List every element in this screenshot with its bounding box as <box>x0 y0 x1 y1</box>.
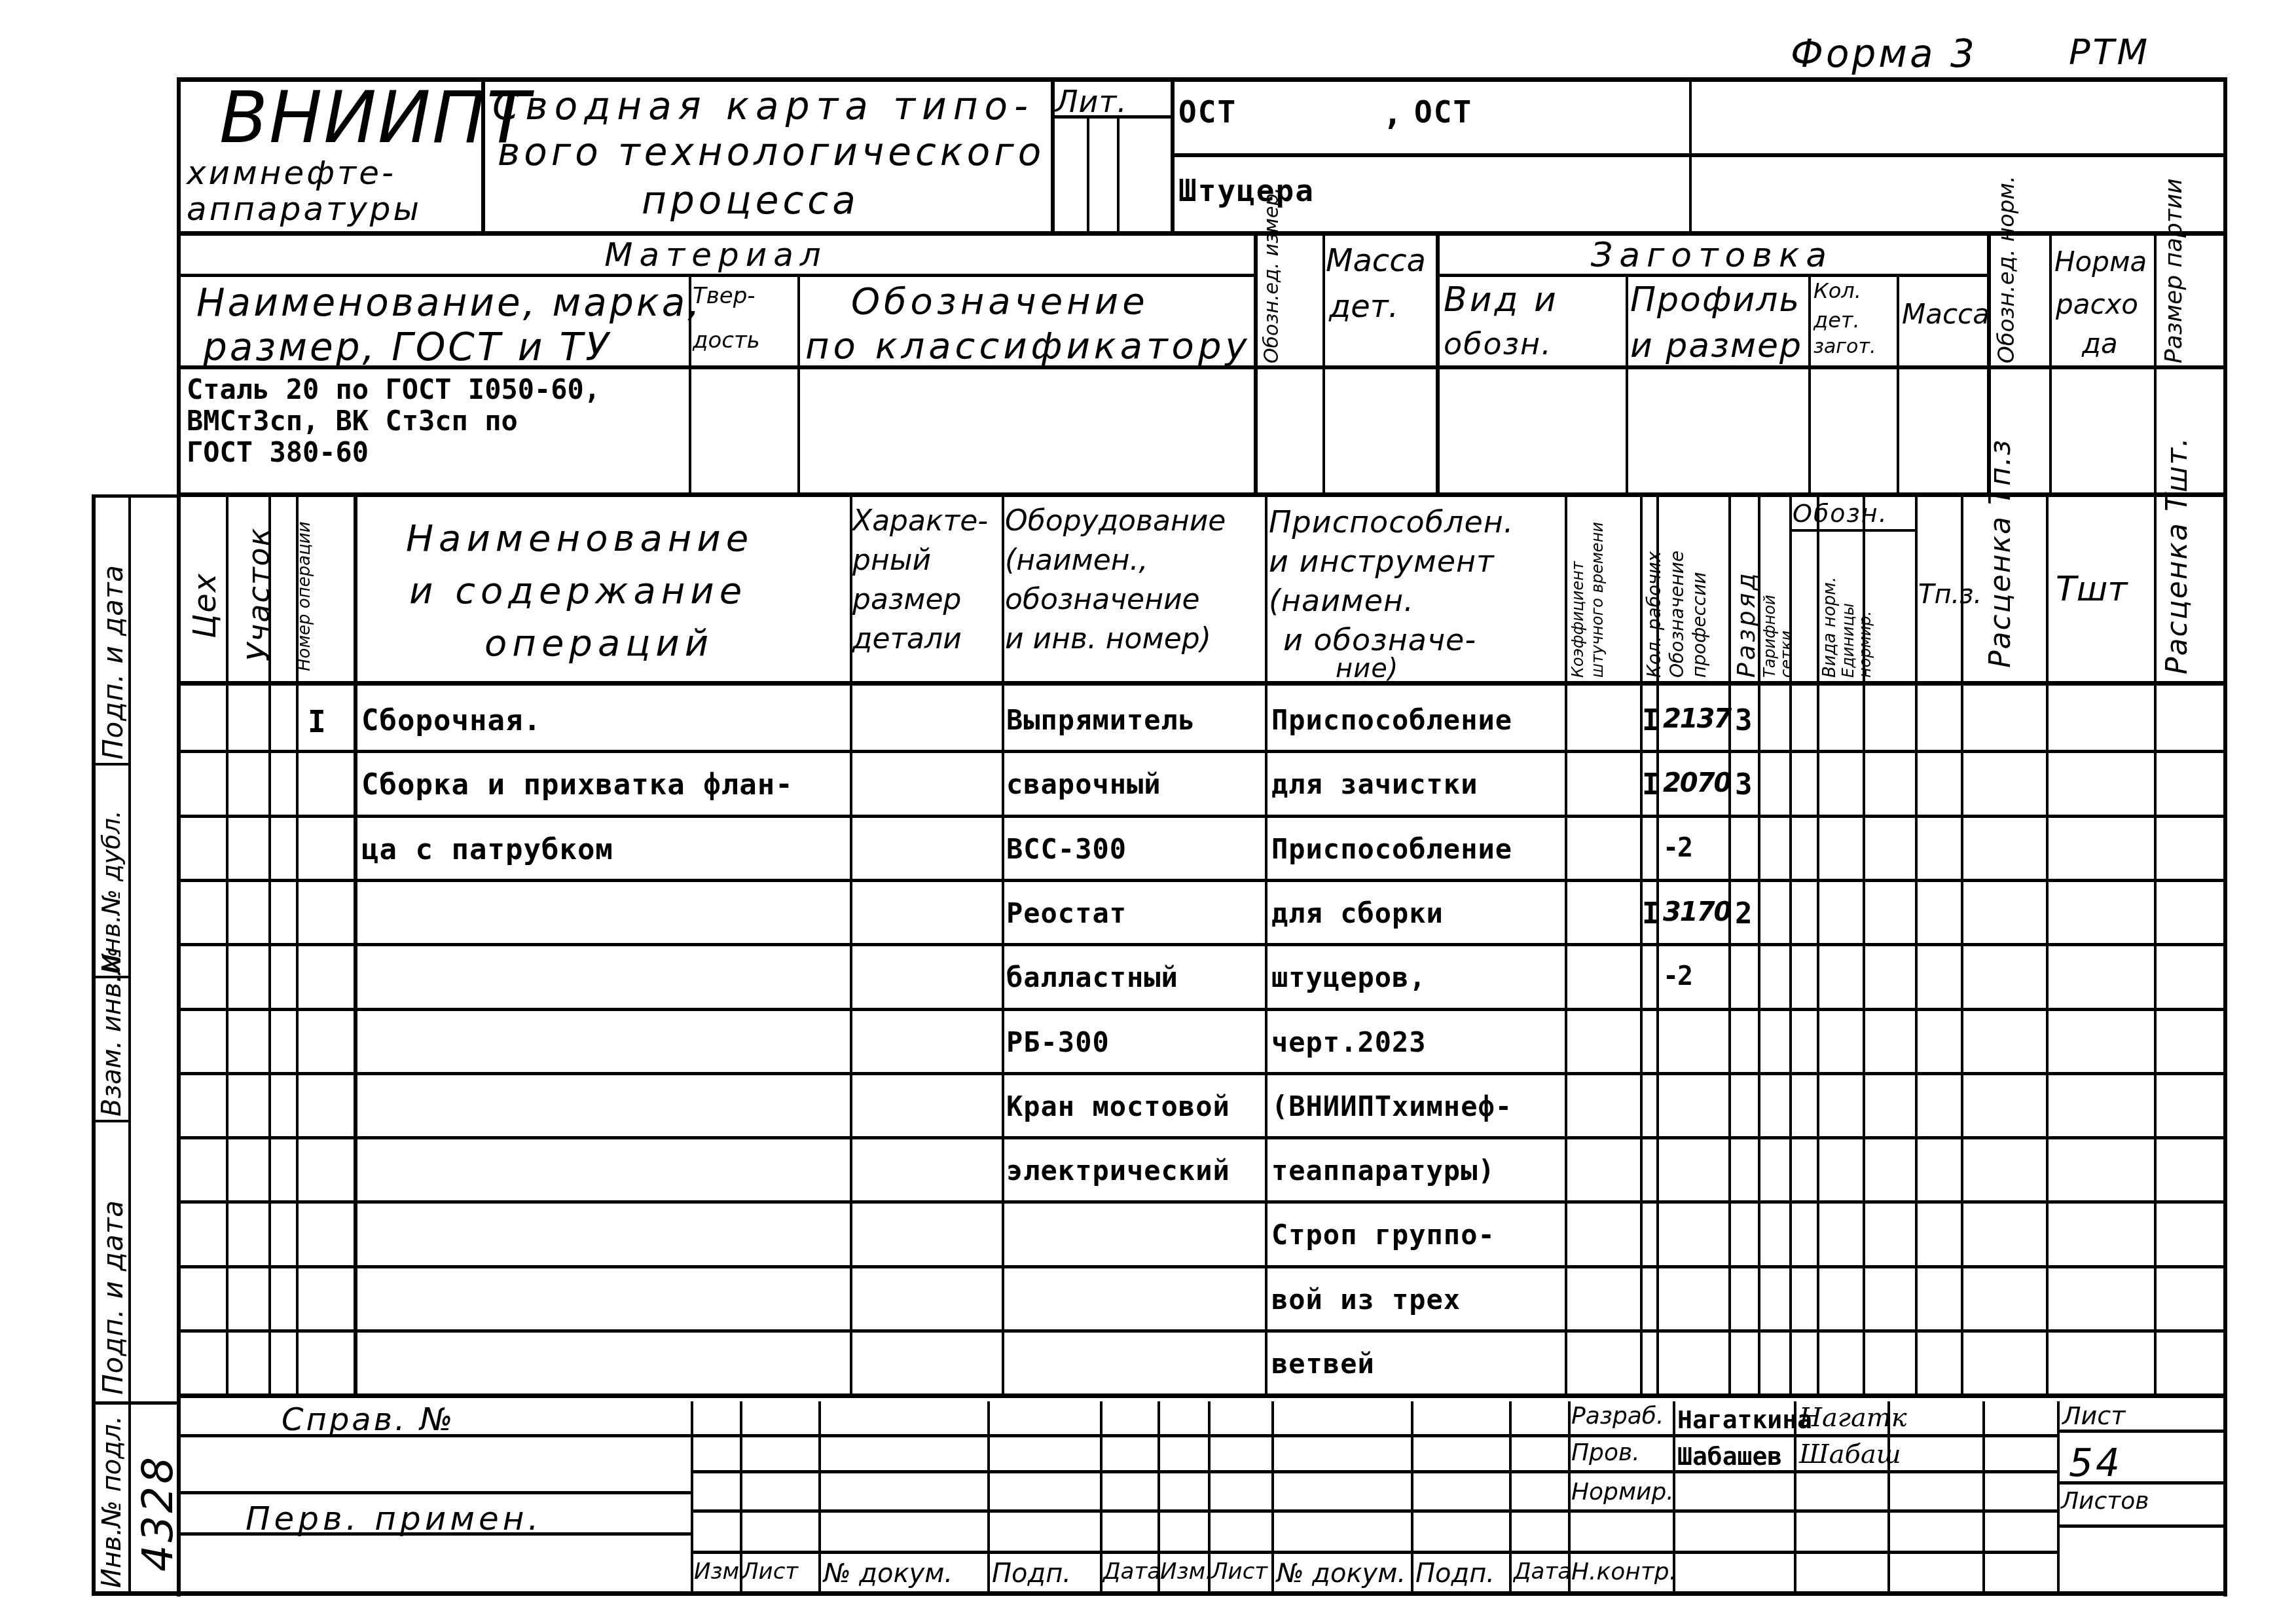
blank-col-qty-1: Кол. <box>1813 278 1861 303</box>
ops-equipment: электрический <box>1006 1154 1230 1187</box>
ops-equipment: сварочный <box>1006 768 1161 800</box>
material-value-line-1: Сталь 20 по ГОСТ I050-60, <box>187 373 600 405</box>
ops-tooling: Приспособление <box>1271 833 1512 865</box>
doc-title-line-2: вого технологического <box>498 130 1045 174</box>
material-col-mass-1: Масса <box>1326 242 1426 279</box>
ops-tooling: вой из трех <box>1271 1283 1461 1316</box>
ops-workers: I <box>1642 704 1661 737</box>
part-name: Штуцера <box>1178 173 1315 208</box>
ops-col-name-3: операций <box>484 622 714 665</box>
revision-col-label: № докум. <box>824 1559 953 1589</box>
approval-role-label: Пров. <box>1571 1439 1640 1466</box>
ops-tooling: ветвей <box>1271 1348 1375 1380</box>
ops-equipment: балластный <box>1006 961 1178 993</box>
org-name: ВНИИПТ <box>219 77 531 159</box>
ops-tooling: черт.2023 <box>1271 1026 1427 1058</box>
ops-content: ца с патрубком <box>361 833 613 866</box>
ops-workers: I <box>1642 768 1661 802</box>
ops-col-coef: Коэффициент штучного времени <box>1568 501 1607 678</box>
ops-col-name-2: и содержание <box>409 570 747 612</box>
ops-col-equipment-2: (наимен., <box>1005 544 1148 577</box>
org-subtitle-2: аппаратуры <box>187 190 422 228</box>
revision-col-label: № докум. <box>1277 1559 1406 1589</box>
ops-col-tooling-1: Приспособлен. <box>1269 504 1514 540</box>
ops-equipment: РБ-300 <box>1006 1026 1110 1058</box>
material-col-consumption-1: Норма <box>2054 246 2147 278</box>
ops-col-section: Участок <box>241 527 276 661</box>
ops-col-tooling-5: ние) <box>1336 654 1398 684</box>
ops-profession: 2137 <box>1663 704 1730 734</box>
ops-col-tooling-3: (наимен. <box>1269 583 1414 618</box>
ops-tooling: теаппаратуры) <box>1271 1154 1495 1187</box>
ops-col-grade: Разряд <box>1732 570 1760 678</box>
ops-col-rate-tpz: Расценка Тп.з <box>1984 439 2017 668</box>
blank-col-qty-2: дет. <box>1813 308 1860 333</box>
ops-grade: 3 <box>1735 704 1754 737</box>
revision-col-label: Дата <box>1514 1559 1571 1585</box>
revision-col-label: Подп. <box>992 1559 1071 1589</box>
margin-orig-inv-value: 4328 <box>134 1454 183 1572</box>
ops-col-norm-kind: Вида норм. <box>1820 577 1840 678</box>
material-col-consumption-2: расхо <box>2056 288 2138 320</box>
ops-col-equipment-1: Оборудование <box>1005 504 1226 538</box>
ops-tooling: (ВНИИПТхимнеф- <box>1271 1090 1512 1122</box>
ops-col-rate-tsht: Расценка Тшт. <box>2160 436 2194 674</box>
revision-col-label: Подп. <box>1415 1559 1495 1589</box>
margin-sign-date-2: Подп. и дата <box>97 1200 129 1395</box>
ops-col-char-size-3: размер <box>852 583 961 616</box>
ops-col-char-size-4: детали <box>852 622 962 655</box>
ops-profession: -2 <box>1663 833 1692 863</box>
material-col-norm-unit: Обозн.ед. норм. <box>1994 175 2020 363</box>
ops-equipment: Реостат <box>1006 897 1127 929</box>
doc-title-line-1: Сводная карта типо- <box>492 84 1034 128</box>
blank-col-kind-1: Вид и <box>1444 280 1559 320</box>
doc-title-line-3: процесса <box>642 178 860 223</box>
ops-profession: 2070 <box>1663 768 1730 798</box>
ost-label-1: ОСТ <box>1178 94 1237 130</box>
material-value-line-3: ГОСТ 380-60 <box>187 436 369 468</box>
ops-col-tooling-2: и инструмент <box>1269 544 1495 579</box>
ops-col-tpz: Тп.з. <box>1918 580 1982 610</box>
ops-profession: 3170 <box>1663 897 1730 927</box>
ops-col-profession: Обозначение профессии <box>1666 514 1711 678</box>
approver-name: Нагаткина <box>1677 1405 1812 1434</box>
ops-col-equipment-4: и инв. номер) <box>1005 622 1211 655</box>
material-col-consumption-3: да <box>2082 327 2118 360</box>
material-group-label: Материал <box>178 236 1254 274</box>
revision-col-label: Изм. <box>694 1559 746 1585</box>
approver-signature: Нагатк <box>1799 1403 1907 1433</box>
approval-role-label: Н.контр. <box>1571 1559 1677 1585</box>
ref-no-label: Справ. № <box>282 1401 456 1438</box>
blank-col-qty-3: загот. <box>1813 335 1876 358</box>
margin-replace-inv: Взам. инв.№ <box>97 947 127 1116</box>
ops-col-char-size-2: рный <box>852 544 931 577</box>
ops-col-workshop: Цех <box>187 572 223 638</box>
material-col-designation-1: Обозначение <box>851 280 1149 323</box>
sheet-number: 54 <box>2069 1441 2123 1485</box>
ops-workers: I <box>1642 897 1661 931</box>
blank-col-profile-1: Профиль <box>1630 280 1800 320</box>
material-col-batch: Размер партии <box>2160 178 2187 363</box>
margin-sign-date-1: Подп. и дата <box>97 564 129 760</box>
ops-col-equipment-3: обозначение <box>1005 583 1200 616</box>
material-col-name-1: Наименование, марка, <box>196 280 702 325</box>
ops-op-number: I <box>308 704 327 739</box>
approver-signature: Шабаш <box>1799 1439 1901 1469</box>
ops-col-tsht: Тшт <box>2056 570 2128 609</box>
approval-role-label: Разраб. <box>1571 1403 1664 1430</box>
margin-orig-inv: Инв.№ подл. <box>97 1416 127 1588</box>
ops-equipment: Кран мостовой <box>1006 1090 1230 1122</box>
revision-col-label: Лист <box>742 1559 798 1585</box>
org-subtitle-1: химнефте- <box>187 154 396 192</box>
ops-col-tariff: Тарифной сетки <box>1761 547 1795 678</box>
blank-col-kind-2: обозн. <box>1444 326 1552 361</box>
material-col-name-2: размер, ГОСТ и ТУ <box>203 325 611 369</box>
material-col-hardness-1: Твер- <box>693 283 756 309</box>
ops-tooling: для сборки <box>1271 897 1444 929</box>
ops-col-char-size-1: Характе- <box>852 504 988 538</box>
blank-group-label: Заготовка <box>1437 236 1987 275</box>
material-col-mass-2: дет. <box>1329 288 1398 325</box>
ops-tooling: для зачистки <box>1271 768 1478 800</box>
ost-separator: , <box>1383 94 1404 132</box>
sheet-label: Лист <box>2062 1401 2125 1430</box>
lit-label: Лит. <box>1055 84 1127 119</box>
sheets-label: Листов <box>2061 1488 2149 1515</box>
ops-grade: 2 <box>1735 897 1754 931</box>
blank-col-profile-2: и размер <box>1630 326 1802 365</box>
ops-col-workers: Кол. рабочих <box>1643 551 1665 678</box>
ops-tooling: штуцеров, <box>1271 961 1427 993</box>
approver-name: Шабашев <box>1677 1442 1782 1471</box>
material-col-designation-2: по классификатору <box>805 325 1251 367</box>
approval-role-label: Нормир. <box>1571 1479 1674 1505</box>
material-value-line-2: ВМСт3сп, ВК Ст3сп по <box>187 405 518 437</box>
revision-col-label: Дата <box>1103 1559 1161 1585</box>
ops-profession: -2 <box>1663 961 1692 991</box>
ops-tooling: Строп группо- <box>1271 1219 1495 1251</box>
ops-equipment: Выпрямитель <box>1006 704 1195 736</box>
ops-content: Сборка и прихватка флан- <box>361 768 793 802</box>
revision-col-label: Изм. <box>1160 1559 1212 1585</box>
form-number: Форма 3 <box>1791 31 1977 76</box>
ost-label-2: ОСТ <box>1414 94 1472 130</box>
ops-col-op-number: Номер операции <box>295 521 314 671</box>
ops-equipment: ВСС-300 <box>1006 833 1127 865</box>
ops-tooling: Приспособление <box>1271 704 1512 736</box>
blank-col-mass: Масса <box>1902 298 1990 330</box>
revision-col-label: Лист <box>1211 1559 1267 1585</box>
ops-col-name-1: Наименование <box>406 517 754 560</box>
ops-content: Сборочная. <box>361 704 541 737</box>
first-use-label: Перв. примен. <box>246 1500 542 1538</box>
form-code: РТМ <box>2069 31 2150 73</box>
material-col-hardness-2: дость <box>693 327 760 354</box>
ops-col-designation-group: Обозн. <box>1793 499 1888 528</box>
ops-col-tooling-4: и обозначе- <box>1283 622 1476 657</box>
ops-col-norm-unit: Единицы нормир. <box>1840 547 1874 678</box>
material-col-unit: Обозн.ед. измер. <box>1260 187 1283 363</box>
ops-grade: 3 <box>1735 768 1754 802</box>
